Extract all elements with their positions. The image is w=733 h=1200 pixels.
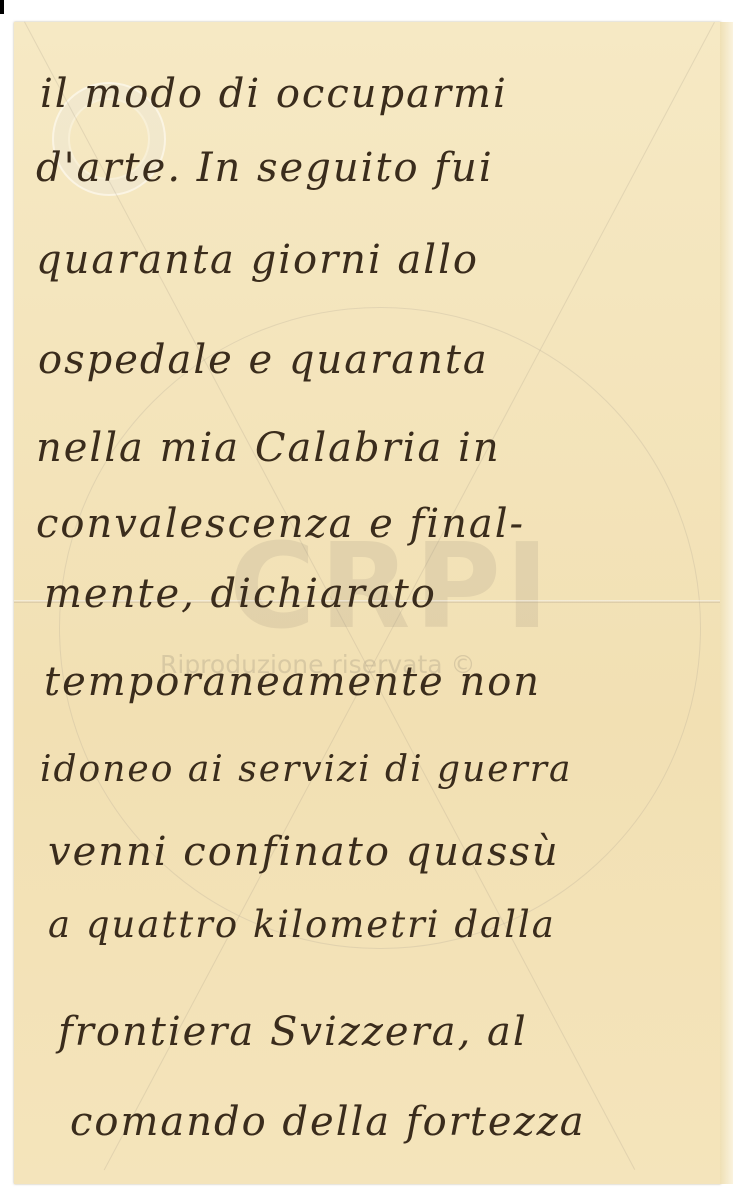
text-line: venni confinato quassù [48,832,560,872]
text-line: a quattro kilometri dalla [48,906,556,943]
text-line: frontiera Svizzera, al [58,1012,528,1052]
text-line: nella mia Calabria in [36,428,501,468]
text-line: il modo di occuparmi [40,74,508,114]
handwritten-text: il modo di occuparmi d'arte. In seguito … [14,22,720,1184]
letter-page: CRPI Riproduzione riservata © il modo di… [14,22,721,1184]
text-line: quaranta giorni allo [36,240,479,280]
text-line: temporaneamente non [44,662,541,702]
text-line: convalescenza e final- [36,504,525,544]
scan-corner-mark [0,0,4,14]
text-line: d'arte. In seguito fui [36,148,494,188]
text-line: idoneo ai servizi di guerra [40,752,572,788]
text-line: comando della fortezza [70,1102,586,1142]
text-line: mente, dichiarato [44,574,437,614]
page-edge [720,22,733,1184]
text-line: ospedale e quaranta [38,340,489,380]
